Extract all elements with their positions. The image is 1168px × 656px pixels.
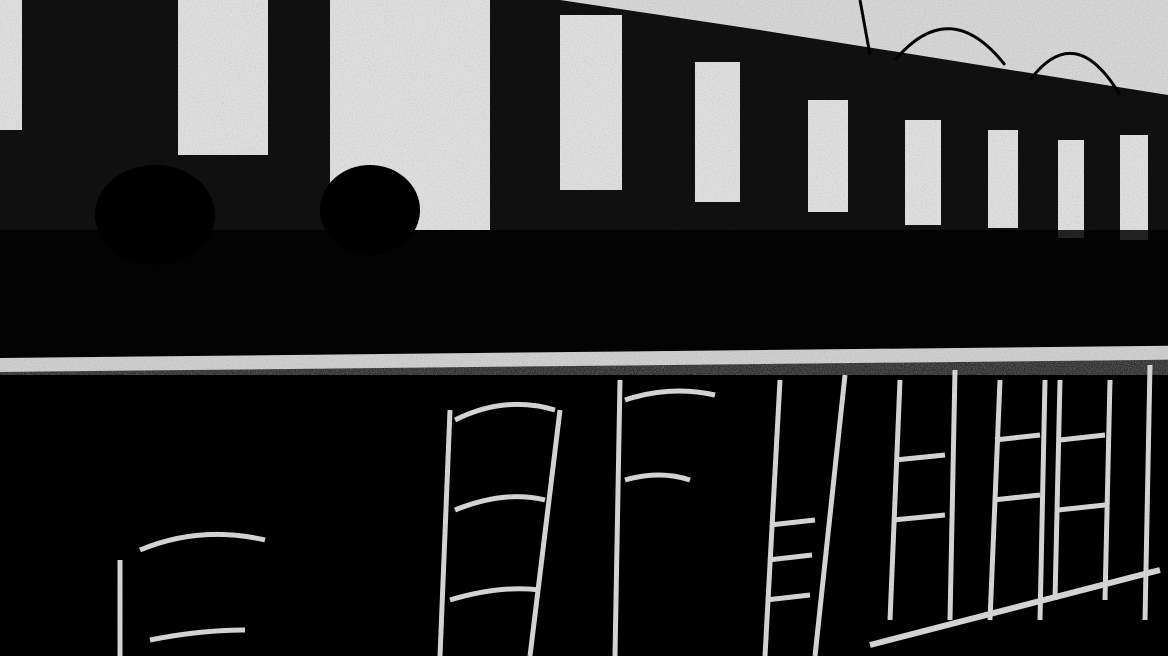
archival-photograph — [0, 0, 1168, 656]
hat-silhouette — [95, 165, 215, 265]
figure-silhouette — [320, 165, 420, 255]
photo-scene — [0, 0, 1168, 656]
